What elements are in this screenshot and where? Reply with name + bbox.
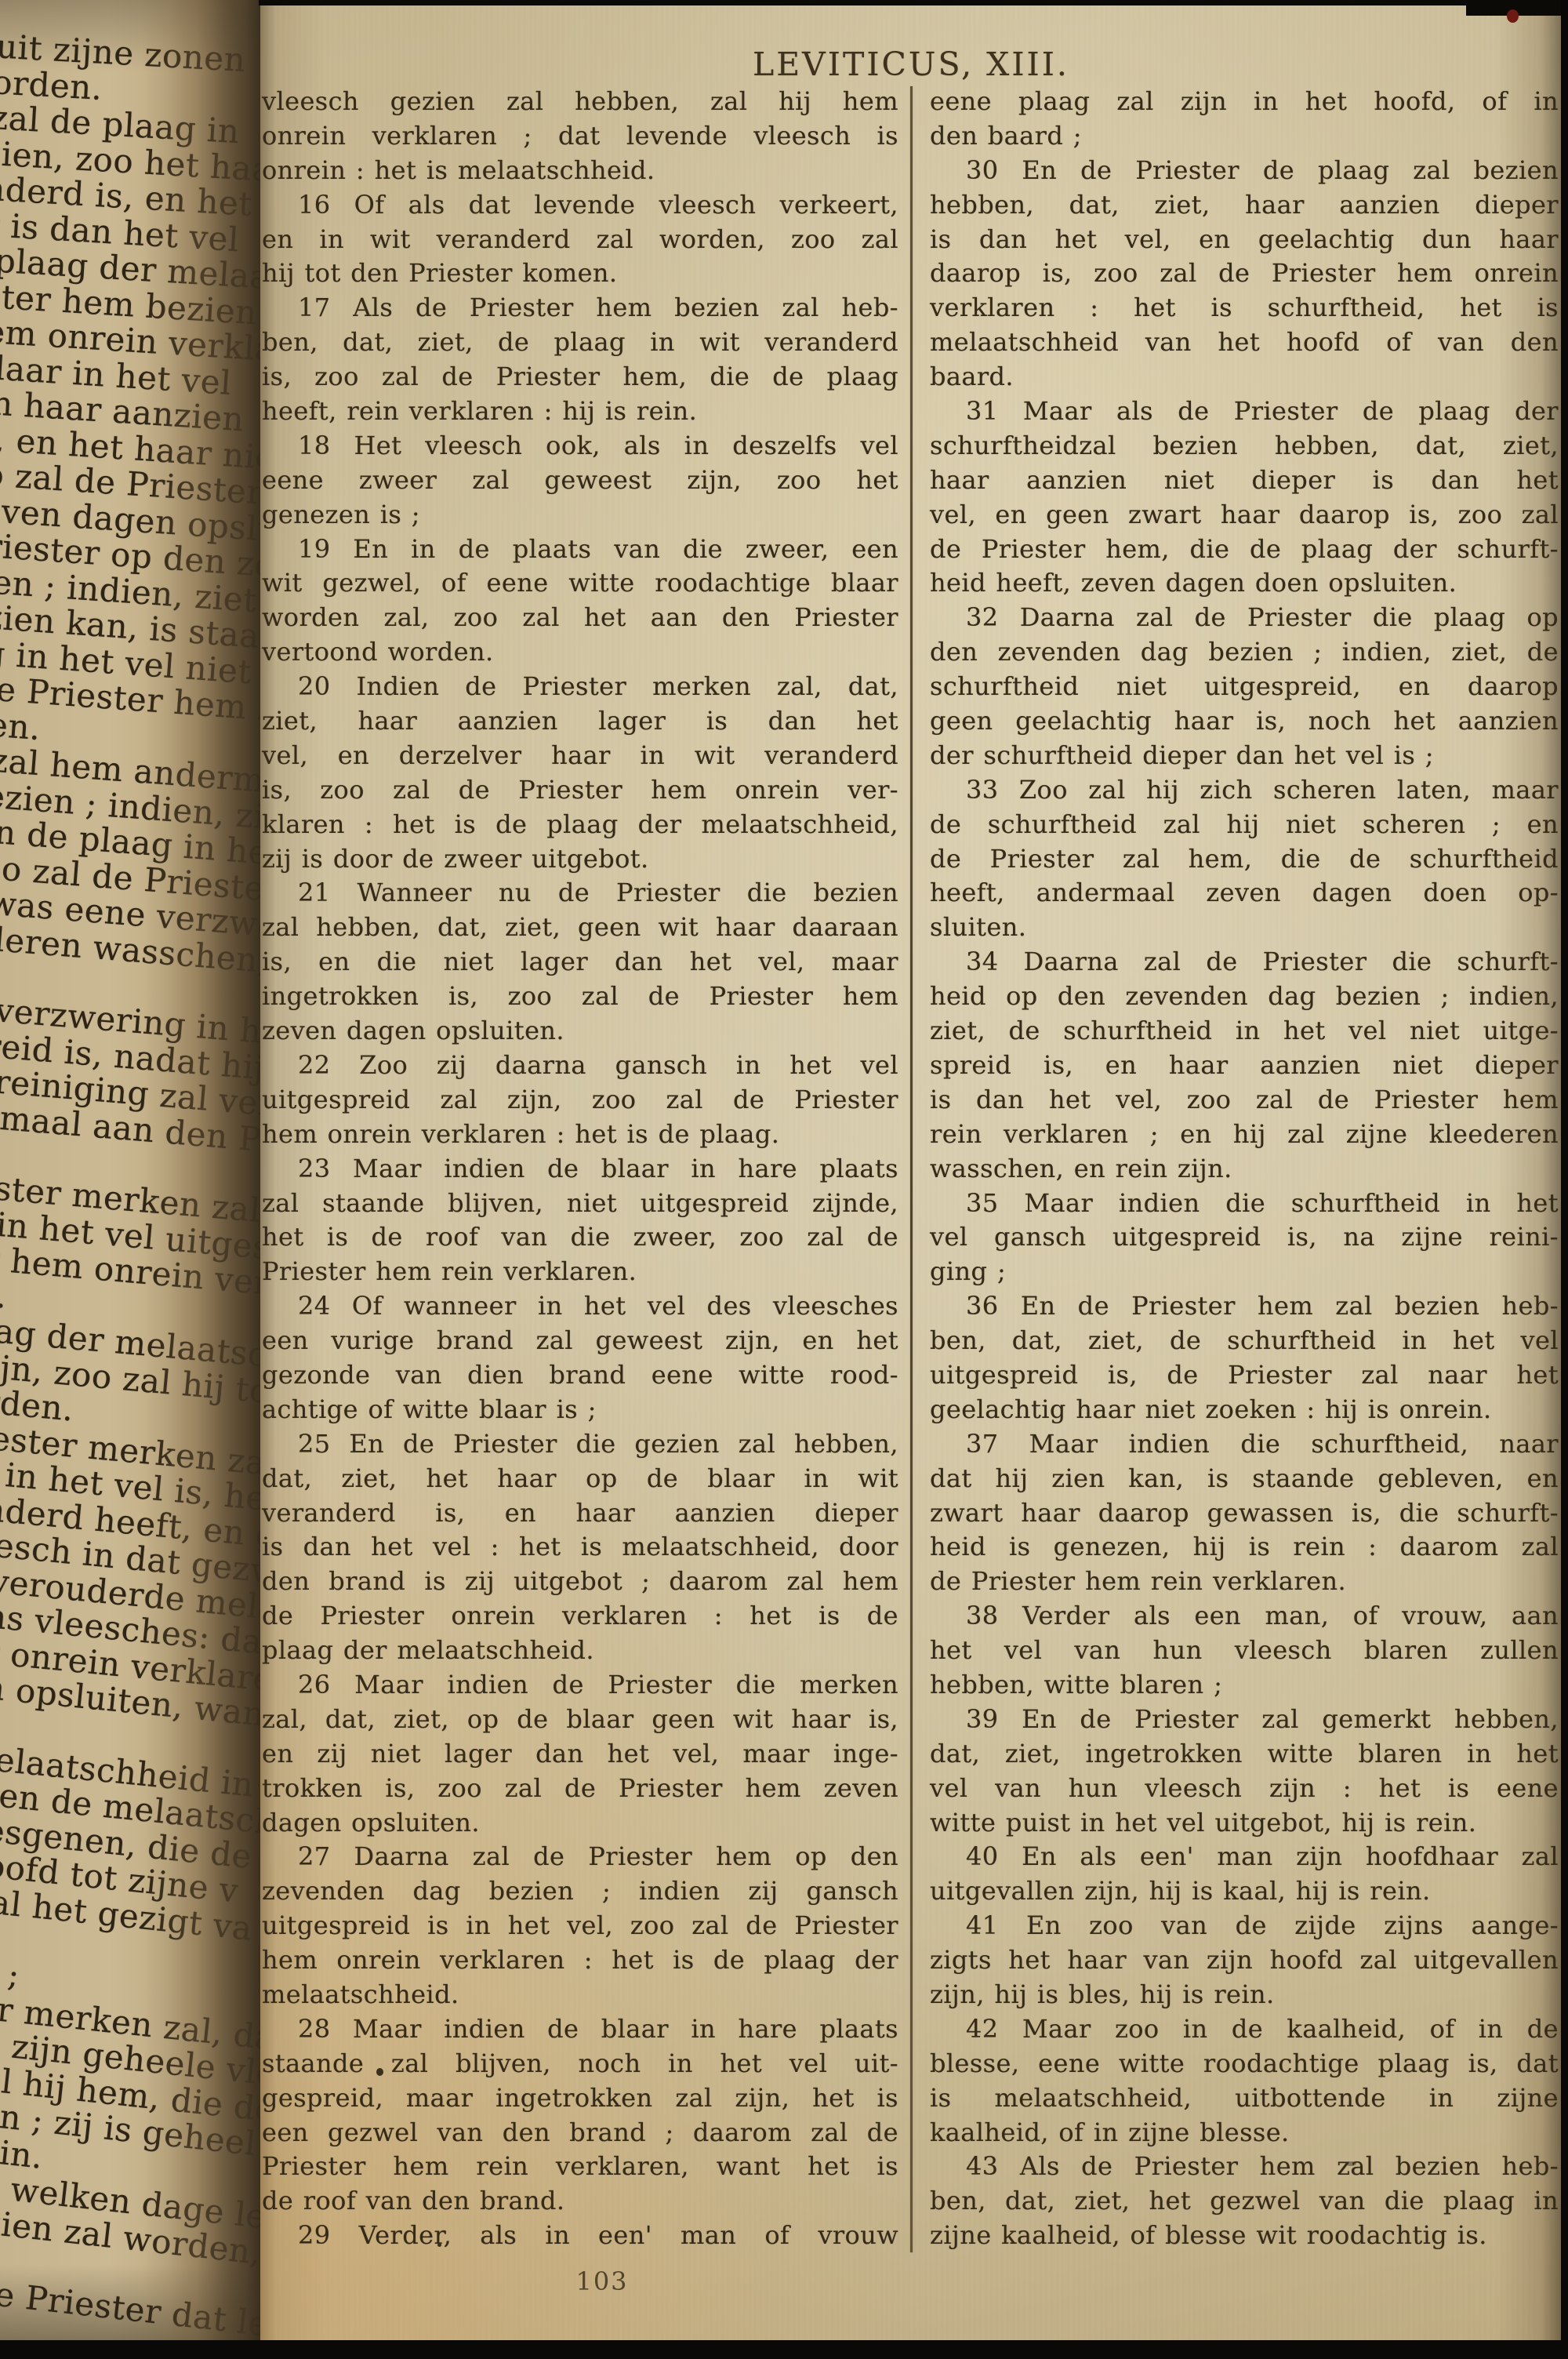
bottom-edge-shadow [0, 2340, 1568, 2359]
text-line: dat, ziet, het haar op de blaar in wit [262, 1462, 898, 1496]
text-line: 30 En de Priester de plaag zal bezien [930, 154, 1559, 188]
text-line: 18 Het vleesch ook, als in deszelfs vel [262, 429, 898, 463]
text-line: melaatschheid. [262, 1978, 898, 2012]
text-line: 25 En de Priester die gezien zal hebben, [262, 1427, 898, 1462]
text-line: de roof van den brand. [262, 2184, 898, 2219]
text-line: de Priester hem, die de plaag der schurf… [930, 533, 1559, 567]
text-line: rein verklaren ; en hij zal zijne kleede… [930, 1118, 1559, 1152]
text-line: zigts het haar van zijn hoofd zal uitgev… [930, 1943, 1559, 1978]
text-line: wasschen, en rein zijn. [930, 1152, 1559, 1187]
text-line: onrein : het is melaatschheid. [262, 154, 898, 188]
text-line: 26 Maar indien de Priester die merken [262, 1668, 898, 1703]
text-line: worden zal, zoo zal het aan den Priester [262, 601, 898, 635]
text-line: melaatschheid van het hoofd of van den [930, 325, 1559, 360]
text-line: 38 Verder als een man, of vrouw, aan [930, 1599, 1559, 1634]
text-line: de Priester onrein verklaren : het is de [262, 1599, 898, 1634]
text-line: 28 Maar indien de blaar in hare plaats [262, 2012, 898, 2047]
text-line: dat, ziet, ingetrokken witte blaren in h… [930, 1737, 1559, 1772]
text-line: heid heeft, zeven dagen doen opsluiten. [930, 566, 1559, 601]
text-line: eene zweer zal geweest zijn, zoo het [262, 463, 898, 498]
text-line: 34 Daarna zal de Priester die schurft- [930, 945, 1559, 980]
right-edge-shadow [1561, 0, 1568, 2359]
text-line: zal hebben, dat, ziet, geen wit haar daa… [262, 911, 898, 945]
text-line: vel gansch uitgespreid is, na zijne rein… [930, 1220, 1559, 1255]
text-line: is melaatschheid, uitbottende in zijne [930, 2081, 1559, 2116]
text-line: dat hij zien kan, is staande gebleven, e… [930, 1462, 1559, 1496]
scanned-page: LEVITICUS, XIII. vleesch gezien zal hebb… [260, 5, 1562, 2340]
text-line: hem onrein verklaren : het is de plaag. [262, 1118, 898, 1152]
text-line: vel, en derzelver haar in wit veranderd [262, 739, 898, 773]
text-line: 24 Of wanneer in het vel des vleesches [262, 1289, 898, 1324]
text-line: heeft, andermaal zeven dagen doen op- [930, 876, 1559, 911]
text-line: vel, en geen zwart haar daarop is, zoo z… [930, 498, 1559, 533]
top-edge-shadow [259, 0, 1568, 5]
text-line: klaren : het is de plaag der melaatschhe… [262, 808, 898, 842]
column-divider-rule [910, 86, 913, 2252]
text-line: schurftheidzal bezien hebben, dat, ziet, [930, 429, 1559, 463]
ink-speck [437, 2243, 441, 2247]
text-line: 43 Als de Priester hem zal bezien heb- [930, 2150, 1559, 2184]
text-line: genezen is ; [262, 498, 898, 533]
text-line: uitgespreid is, de Priester zal naar het [930, 1358, 1559, 1393]
text-line: is dan het vel, en geelachtig dun haar [930, 223, 1559, 257]
page-number: 103 [485, 2266, 720, 2296]
text-line: dagen opsluiten. [262, 1806, 898, 1841]
text-line: heid op den zevenden dag bezien ; indien… [930, 980, 1559, 1014]
text-line: ziet, de schurftheid in het vel niet uit… [930, 1014, 1559, 1049]
left-partial-text-column: n uit zijne zonenworden.r zal de plaag i… [0, 27, 273, 2309]
page-heading: LEVITICUS, XIII. [753, 45, 1069, 83]
text-line: spreid is, en haar aanzien niet dieper [930, 1049, 1559, 1083]
text-line: daarop is, zoo zal de Priester hem onrei… [930, 256, 1559, 291]
text-line: uitgevallen zijn, hij is kaal, hij is re… [930, 1874, 1559, 1909]
text-line: is dan het vel, zoo zal de Priester hem [930, 1083, 1559, 1118]
text-line: 41 En zoo van de zijde zijns aange- [930, 1909, 1559, 1943]
text-line: heeft, rein verklaren : hij is rein. [262, 394, 898, 429]
text-line: is dan het vel : het is melaatschheid, d… [262, 1530, 898, 1565]
facing-page-edge: n uit zijne zonenworden.r zal de plaag i… [0, 0, 273, 2359]
text-line: sluiten. [930, 911, 1559, 945]
text-line: en zij niet lager dan het vel, maar inge… [262, 1737, 898, 1772]
text-line: hebben, witte blaren ; [930, 1668, 1559, 1703]
text-line: 31 Maar als de Priester de plaag der [930, 394, 1559, 429]
text-line: gespreid, maar ingetrokken zal zijn, het… [262, 2081, 898, 2116]
text-line: eene plaag zal zijn in het hoofd, of in [930, 85, 1559, 119]
text-line: baard. [930, 360, 1559, 394]
text-line: den zevenden dag bezien ; indien, ziet, … [930, 635, 1559, 670]
text-line: ingetrokken is, zoo zal de Priester hem [262, 980, 898, 1014]
text-line: trokken is, zoo zal de Priester hem zeve… [262, 1772, 898, 1806]
text-line: witte puist in het vel uitgebot, hij is … [930, 1806, 1559, 1841]
text-line: 16 Of als dat levende vleesch verkeert, [262, 188, 898, 223]
text-line: gezonde van dien brand eene witte rood- [262, 1358, 898, 1393]
text-line: 32 Daarna zal de Priester die plaag op [930, 601, 1559, 635]
text-line: 22 Zoo zij daarna gansch in het vel [262, 1049, 898, 1083]
text-line: kaalheid, of in zijne blesse. [930, 2116, 1559, 2150]
text-line: uitgespreid zal zijn, zoo zal de Prieste… [262, 1083, 898, 1118]
text-line: heid is genezen, hij is rein : daarom za… [930, 1530, 1559, 1565]
text-line: is, en die niet lager dan het vel, maar [262, 945, 898, 980]
ink-speck [1345, 2161, 1356, 2166]
text-line: 23 Maar indien de blaar in hare plaats [262, 1152, 898, 1187]
text-line: Priester hem rein verklaren. [262, 1255, 898, 1289]
text-line: zijn, hij is bles, hij is rein. [930, 1978, 1559, 2012]
text-line: plaag der melaatschheid. [262, 1634, 898, 1668]
text-line: den baard ; [930, 119, 1559, 154]
text-line: het vel van hun vleesch blaren zullen [930, 1634, 1559, 1668]
text-line: ging ; [930, 1255, 1559, 1289]
text-line: 29 Verder, als in een' man of vrouw [262, 2219, 898, 2253]
text-line: hem onrein verklaren : het is de plaag d… [262, 1943, 898, 1978]
text-line: zeven dagen opsluiten. [262, 1014, 898, 1049]
text-line: 20 Indien de Priester merken zal, dat, [262, 670, 898, 704]
text-line: zal, dat, ziet, op de blaar geen wit haa… [262, 1703, 898, 1737]
text-line: de schurftheid zal hij niet scheren ; en [930, 808, 1559, 842]
text-line: 42 Maar zoo in de kaalheid, of in de [930, 2012, 1559, 2047]
ink-speck [376, 2068, 383, 2076]
text-line: haar aanzien niet dieper is dan het [930, 463, 1559, 498]
text-line: en in wit veranderd zal worden, zoo zal [262, 223, 898, 257]
text-line: 37 Maar indien die schurftheid, naar [930, 1427, 1559, 1462]
text-line: ben, dat, ziet, de schurftheid in het ve… [930, 1324, 1559, 1358]
text-line: de Priester zal hem, die de schurftheid [930, 842, 1559, 877]
text-line: onrein verklaren ; dat levende vleesch i… [262, 119, 898, 154]
text-line: de Priester hem rein verklaren. [930, 1565, 1559, 1599]
book-page-photo: n uit zijne zonenworden.r zal de plaag i… [0, 0, 1568, 2359]
middle-text-column: vleesch gezien zal hebben, zal hij hemon… [262, 85, 898, 2253]
text-line: 21 Wanneer nu de Priester die bezien [262, 876, 898, 911]
text-line: blesse, eene witte roodachtige plaag is,… [930, 2047, 1559, 2081]
text-line: geen geelachtig haar is, noch het aanzie… [930, 704, 1559, 739]
text-line: ben, dat, ziet, het gezwel van die plaag… [930, 2184, 1559, 2219]
text-line: schurftheid niet uitgespreid, en daarop [930, 670, 1559, 704]
text-line: den brand is zij uitgebot ; daarom zal h… [262, 1565, 898, 1599]
text-line: is, zoo zal de Priester hem, die de plaa… [262, 360, 898, 394]
text-line: der schurftheid dieper dan het vel is ; [930, 739, 1559, 773]
text-line: hij tot den Priester komen. [262, 256, 898, 291]
text-line: 39 En de Priester zal gemerkt hebben, [930, 1703, 1559, 1737]
text-line: zevenden dag bezien ; indien zij gansch [262, 1874, 898, 1909]
red-ink-mark [1507, 9, 1519, 23]
text-line: 33 Zoo zal hij zich scheren laten, maar [930, 773, 1559, 808]
text-line: vertoond worden. [262, 635, 898, 670]
text-line: zij is door de zweer uitgebot. [262, 842, 898, 877]
text-line: 40 En als een' man zijn hoofdhaar zal [930, 1840, 1559, 1874]
text-line: uitgespreid is in het vel, zoo zal de Pr… [262, 1909, 898, 1943]
text-line: 27 Daarna zal de Priester hem op den [262, 1840, 898, 1874]
text-line: hebben, dat, ziet, haar aanzien dieper [930, 188, 1559, 223]
text-line: geelachtig haar niet zoeken : hij is onr… [930, 1393, 1559, 1427]
text-line: wit gezwel, of eene witte roodachtige bl… [262, 566, 898, 601]
text-line: is, zoo zal de Priester hem onrein ver- [262, 773, 898, 808]
text-line: zwart haar daarop gewassen is, die schur… [930, 1496, 1559, 1531]
text-line: achtige of witte blaar is ; [262, 1393, 898, 1427]
text-line: veranderd is, en haar aanzien dieper [262, 1496, 898, 1531]
text-line: 36 En de Priester hem zal bezien heb- [930, 1289, 1559, 1324]
text-line: e Priester dat le [0, 2273, 273, 2350]
text-line: vleesch gezien zal hebben, zal hij hem [262, 85, 898, 119]
text-line: verklaren : het is schurftheid, het is [930, 291, 1559, 325]
text-line: ben, dat, ziet, de plaag in wit verander… [262, 325, 898, 360]
text-line: Priester hem rein verklaren, want het is [262, 2150, 898, 2184]
text-line: vel van hun vleesch zijn : het is eene [930, 1772, 1559, 1806]
text-line: een gezwel van den brand ; daarom zal de [262, 2116, 898, 2150]
text-line: 35 Maar indien die schurftheid in het [930, 1187, 1559, 1221]
text-line: staande zal blijven, noch in het vel uit… [262, 2047, 898, 2081]
text-line: zal staande blijven, niet uitgespreid zi… [262, 1187, 898, 1221]
text-line: zijne kaalheid, of blesse wit roodachtig… [930, 2219, 1559, 2253]
text-line: 17 Als de Priester hem bezien zal heb- [262, 291, 898, 325]
text-line: 19 En in de plaats van die zweer, een [262, 533, 898, 567]
text-line: een vurige brand zal geweest zijn, en he… [262, 1324, 898, 1358]
text-line: ziet, haar aanzien lager is dan het [262, 704, 898, 739]
text-line: het is de roof van die zweer, zoo zal de [262, 1220, 898, 1255]
right-text-column: eene plaag zal zijn in het hoofd, of ind… [930, 85, 1559, 2253]
